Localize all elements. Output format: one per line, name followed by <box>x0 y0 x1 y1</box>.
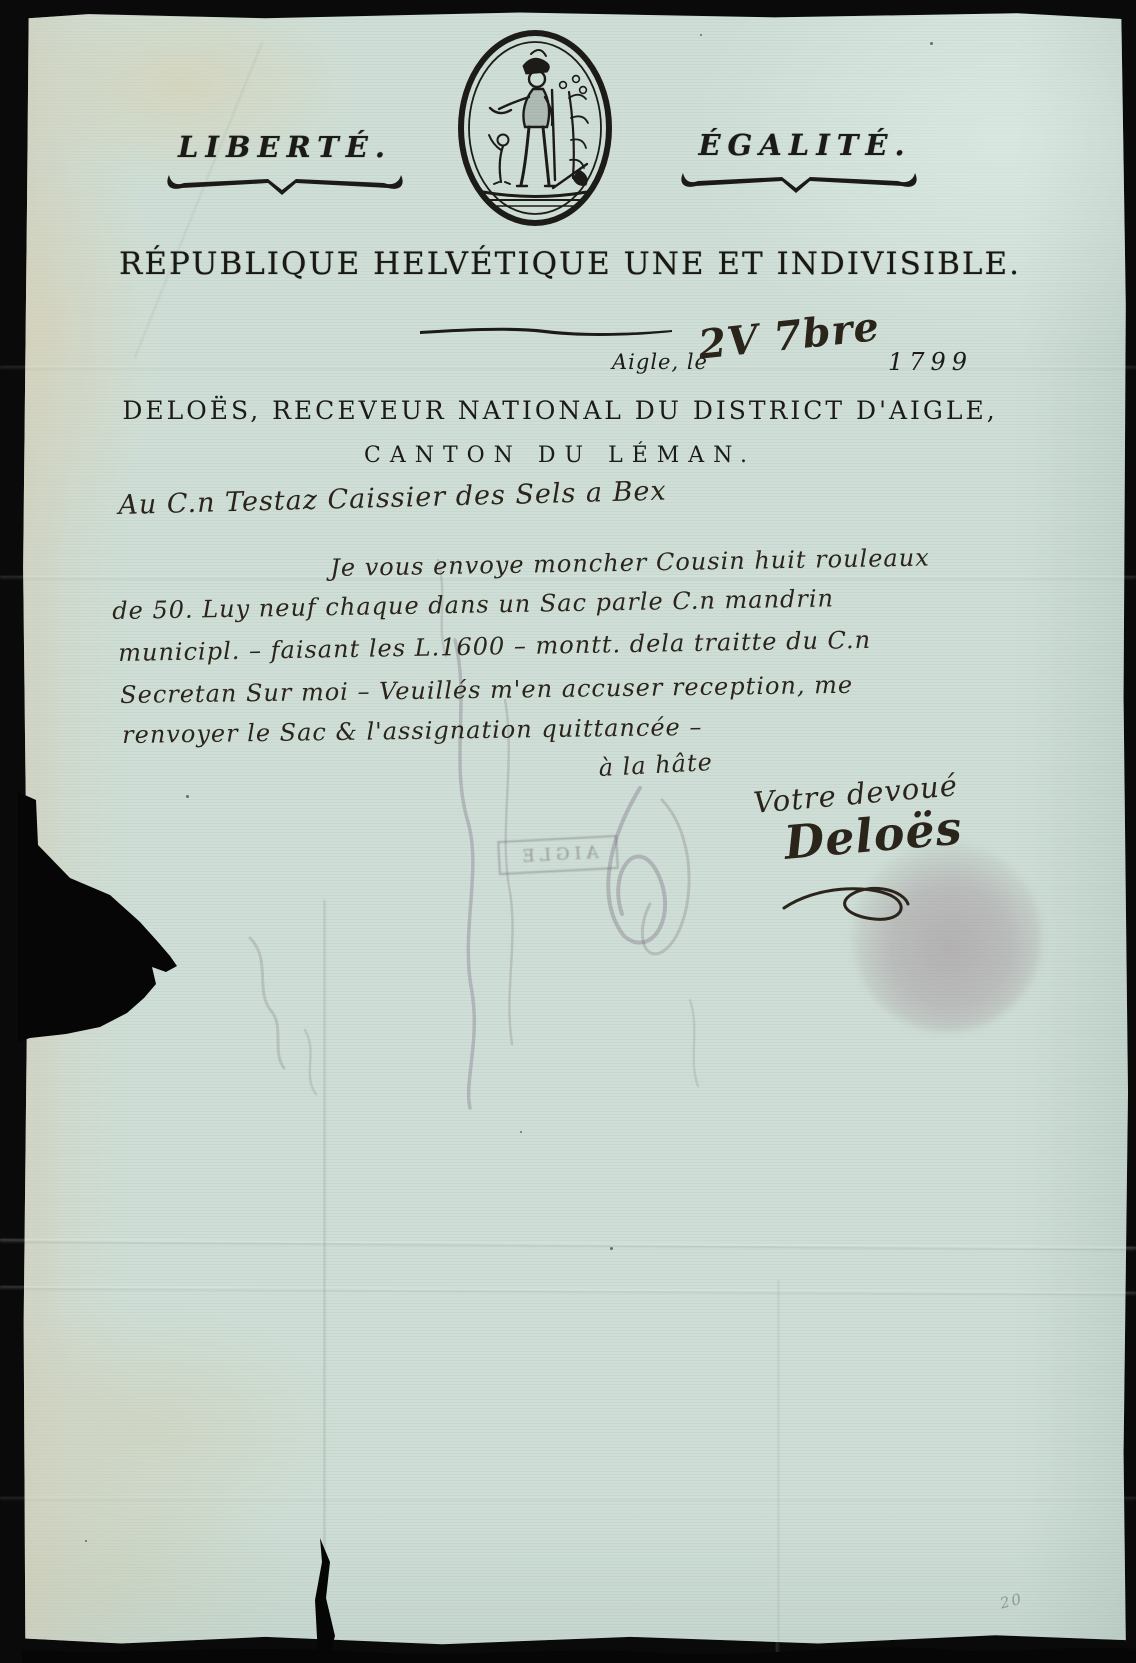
left-edge-tear-hole <box>18 792 177 1042</box>
bottom-ragged-edge <box>22 1647 1136 1663</box>
bottom-tear-slit <box>315 1538 335 1656</box>
paper-tears-overlay <box>0 0 1136 1663</box>
scanned-letter-page: AIGLE LIBERTÉ. ÉGALITÉ. <box>0 0 1136 1663</box>
